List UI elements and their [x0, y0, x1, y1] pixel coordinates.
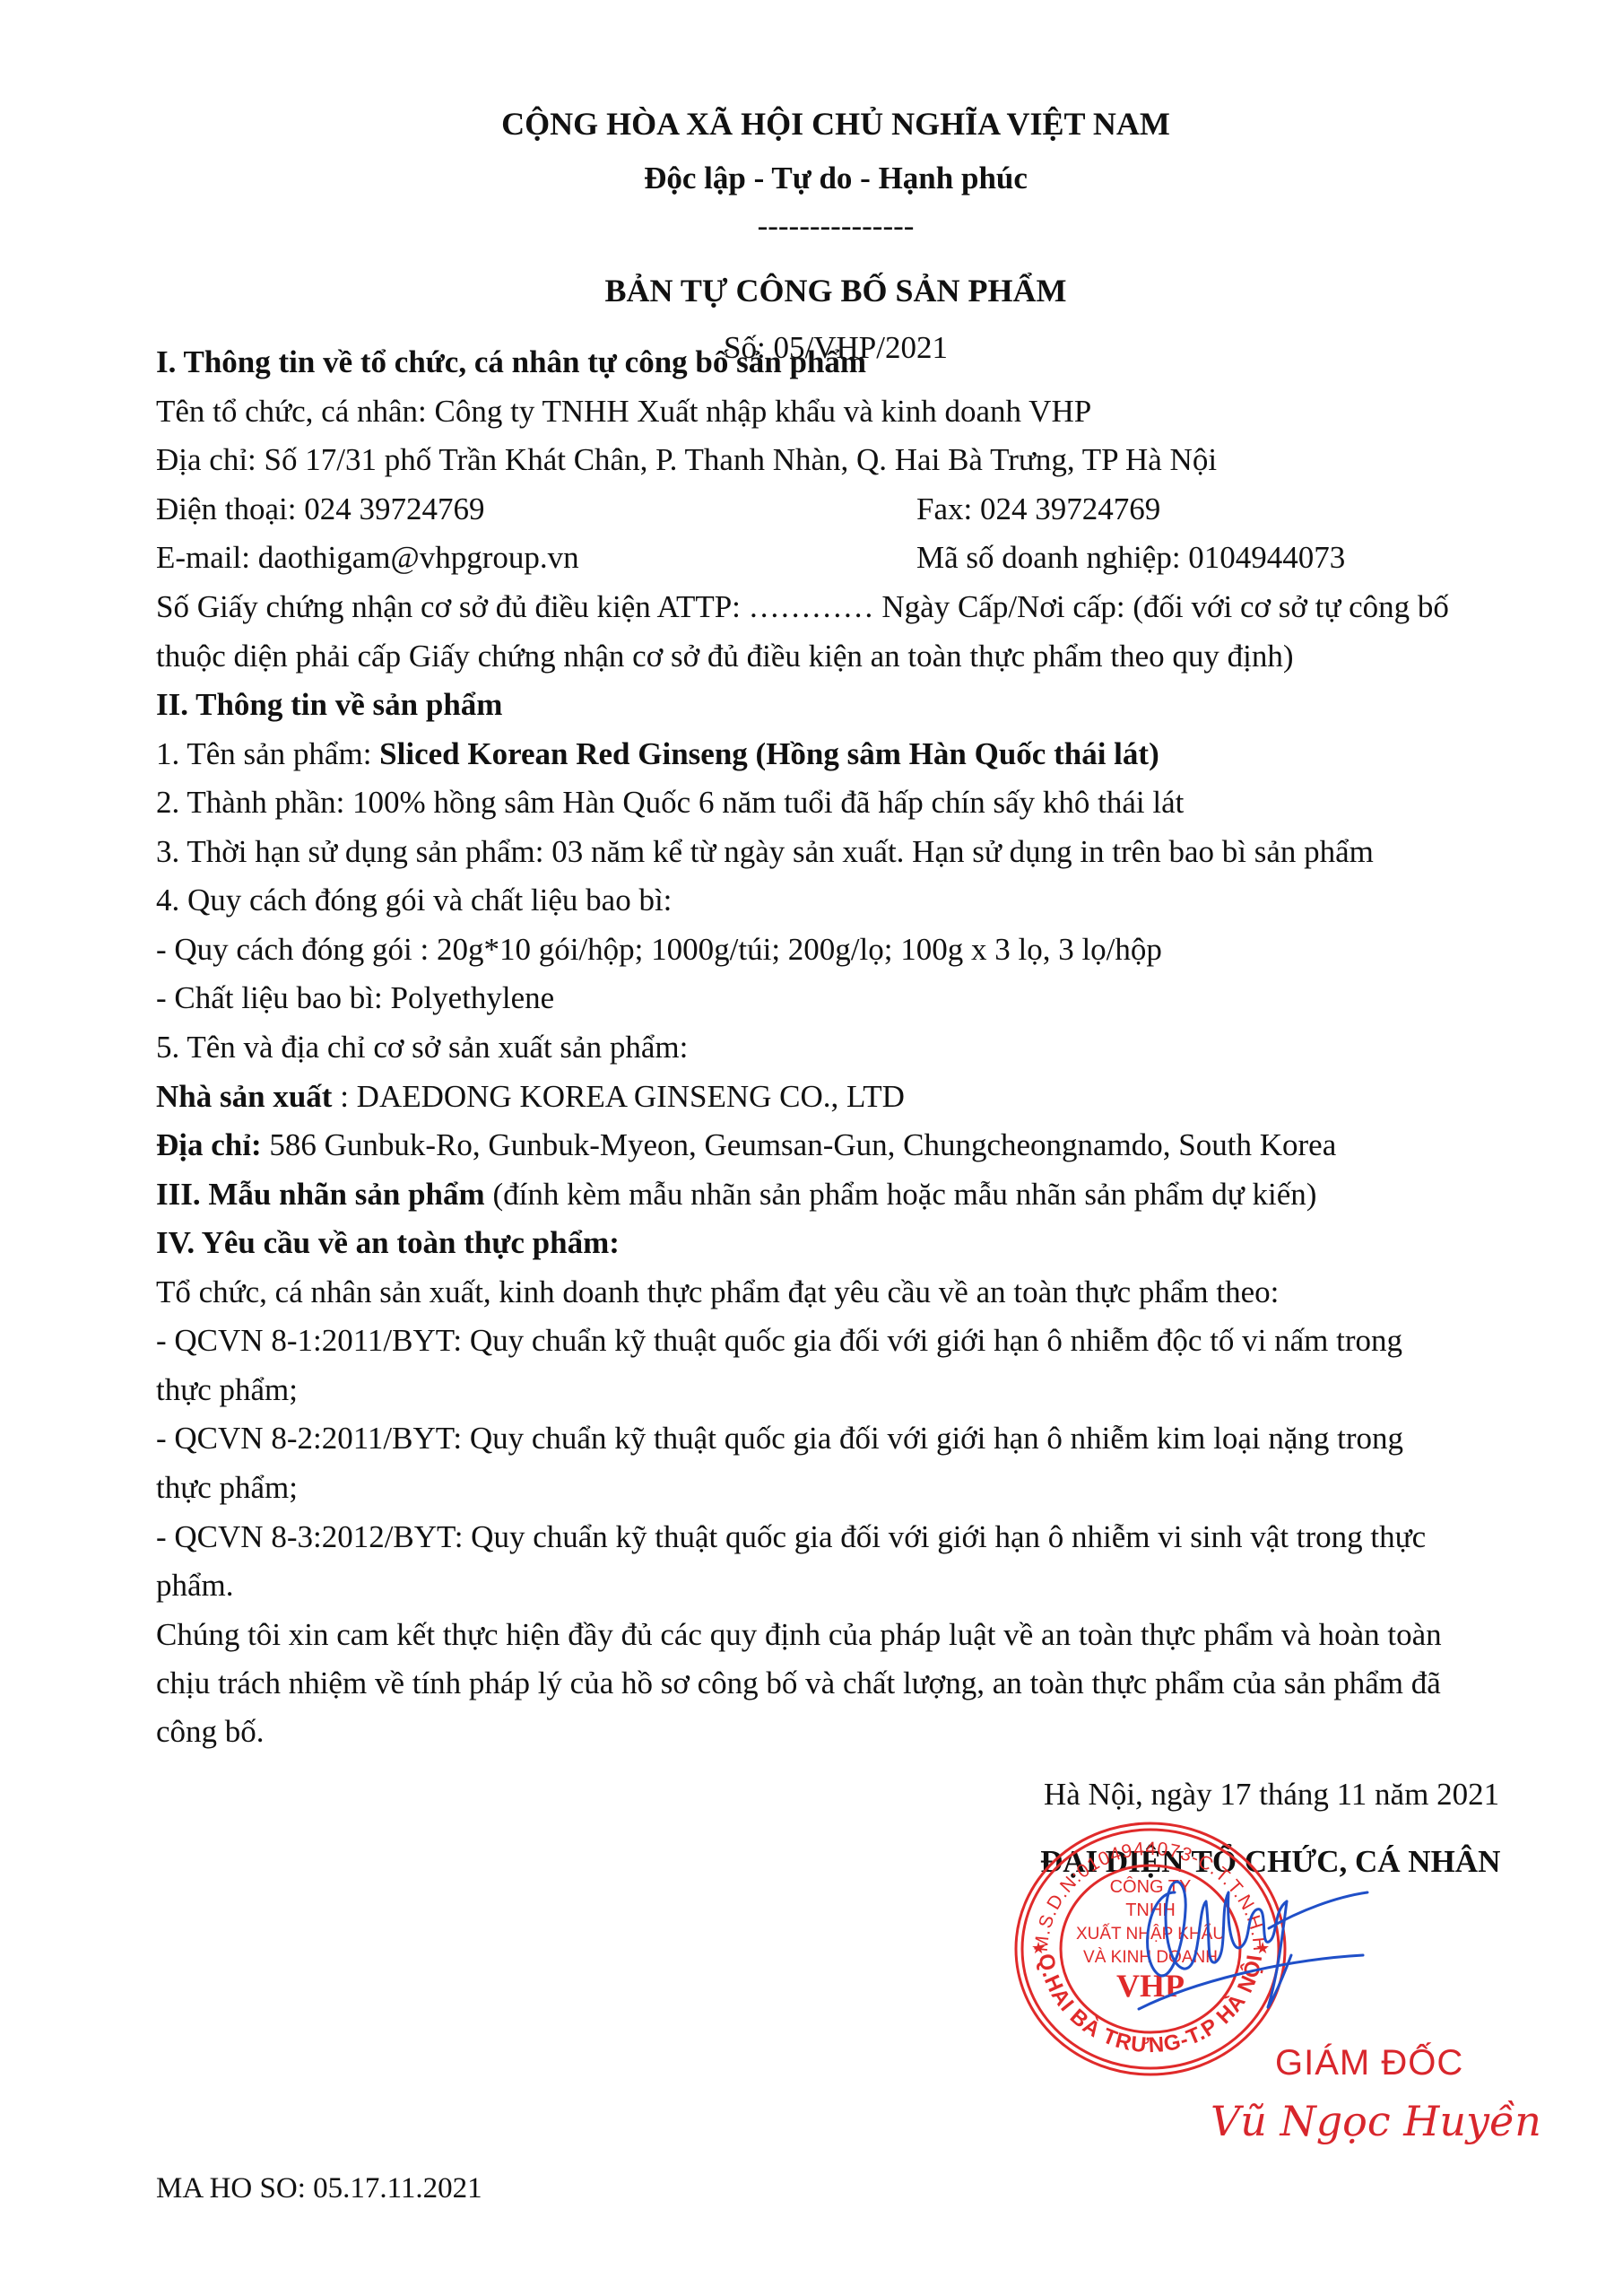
section-2-heading: II. Thông tin về sản phẩm	[156, 687, 502, 723]
org-phone: Điện thoại: 024 39724769	[156, 491, 485, 527]
manufacturer-heading: 5. Tên và địa chỉ cơ sở sản xuất sản phẩ…	[156, 1030, 688, 1065]
packaging-material: - Chất liệu bao bì: Polyethylene	[156, 980, 554, 1016]
manufacturer: Nhà sản xuất : DAEDONG KOREA GINSENG CO.…	[156, 1079, 905, 1115]
org-name: Tên tổ chức, cá nhân: Công ty TNHH Xuất …	[156, 394, 1091, 430]
manufacturer-value: : DAEDONG KOREA GINSENG CO., LTD	[332, 1079, 904, 1114]
org-address: Địa chỉ: Số 17/31 phố Trần Khát Chân, P.…	[156, 442, 1217, 478]
commitment-line-3: công bố.	[156, 1714, 265, 1750]
director-title: GIÁM ĐỐC	[1275, 2043, 1463, 2083]
safety-intro: Tổ chức, cá nhân sản xuất, kinh doanh th…	[156, 1274, 1279, 1310]
standard-1-line-2: thực phẩm;	[156, 1372, 298, 1408]
section-1-heading: I. Thông tin về tổ chức, cá nhân tự công…	[156, 344, 866, 380]
date-place: Hà Nội, ngày 17 tháng 11 năm 2021	[1044, 1777, 1499, 1813]
product-name: 1. Tên sản phẩm: Sliced Korean Red Ginse…	[156, 736, 1159, 772]
header-separator: ---------------	[156, 208, 1515, 244]
product-name-label: 1. Tên sản phẩm:	[156, 736, 379, 771]
standard-1-line-1: - QCVN 8-1:2011/BYT: Quy chuẩn kỹ thuật …	[156, 1323, 1402, 1359]
country-title: CỘNG HÒA XÃ HỘI CHỦ NGHĨA VIỆT NAM	[156, 106, 1515, 142]
section-3-note: (đính kèm mẫu nhãn sản phẩm hoặc mẫu nhã…	[485, 1177, 1317, 1212]
section-4-heading: IV. Yêu cầu về an toàn thực phẩm:	[156, 1225, 620, 1261]
handwritten-signature	[1121, 1857, 1390, 2018]
director-name: Vũ Ngọc Huyền	[1211, 2097, 1541, 2145]
standard-3-line-1: - QCVN 8-3:2012/BYT: Quy chuẩn kỹ thuật …	[156, 1519, 1426, 1555]
national-motto: Độc lập - Tự do - Hạnh phúc	[156, 161, 1515, 196]
commitment-line-1: Chúng tôi xin cam kết thực hiện đầy đủ c…	[156, 1617, 1442, 1653]
standard-3-line-2: phẩm.	[156, 1568, 234, 1604]
manufacturer-address-value: 586 Gunbuk-Ro, Gunbuk-Myeon, Geumsan-Gun…	[262, 1127, 1337, 1162]
standard-2-line-1: - QCVN 8-2:2011/BYT: Quy chuẩn kỹ thuật …	[156, 1421, 1403, 1457]
document-page: CỘNG HÒA XÃ HỘI CHỦ NGHĨA VIỆT NAM Độc l…	[0, 0, 1623, 2296]
product-name-value: Sliced Korean Red Ginseng (Hồng sâm Hàn …	[379, 736, 1159, 771]
certificate-line-2: thuộc diện phải cấp Giấy chứng nhận cơ s…	[156, 639, 1294, 674]
standard-2-line-2: thực phẩm;	[156, 1470, 298, 1506]
org-email: E-mail: daothigam@vhpgroup.vn	[156, 540, 579, 576]
section-3: III. Mẫu nhãn sản phẩm (đính kèm mẫu nhã…	[156, 1177, 1316, 1213]
product-ingredients: 2. Thành phần: 100% hồng sâm Hàn Quốc 6 …	[156, 785, 1184, 821]
packaging-heading: 4. Quy cách đóng gói và chất liệu bao bì…	[156, 883, 672, 918]
manufacturer-label: Nhà sản xuất	[156, 1079, 332, 1114]
packaging-spec: - Quy cách đóng gói : 20g*10 gói/hộp; 10…	[156, 932, 1162, 968]
stamp-star-left-icon: ★	[1031, 1939, 1046, 1958]
org-business-code: Mã số doanh nghiệp: 0104944073	[916, 540, 1345, 576]
commitment-line-2: chịu trách nhiệm về tính pháp lý của hồ …	[156, 1665, 1441, 1701]
file-code: MA HO SO: 05.17.11.2021	[156, 2170, 482, 2206]
document-title: BẢN TỰ CÔNG BỐ SẢN PHẨM	[156, 273, 1515, 309]
section-3-heading: III. Mẫu nhãn sản phẩm	[156, 1177, 485, 1212]
manufacturer-address-label: Địa chỉ:	[156, 1127, 262, 1162]
manufacturer-address: Địa chỉ: 586 Gunbuk-Ro, Gunbuk-Myeon, Ge…	[156, 1127, 1336, 1163]
product-shelf-life: 3. Thời hạn sử dụng sản phẩm: 03 năm kể …	[156, 834, 1374, 870]
certificate-line-1: Số Giấy chứng nhận cơ sở đủ điều kiện AT…	[156, 589, 1449, 625]
org-fax: Fax: 024 39724769	[916, 491, 1160, 527]
